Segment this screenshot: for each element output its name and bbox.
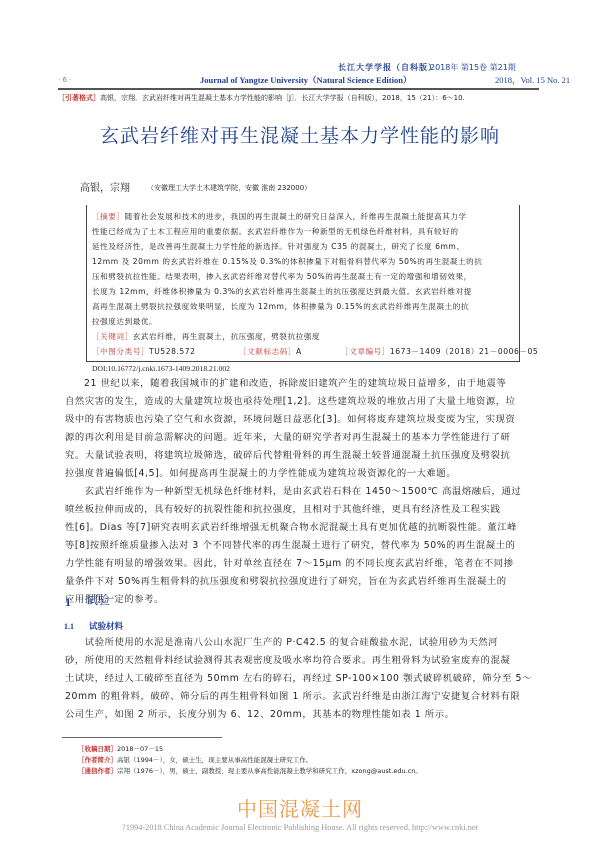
citation-text: 高银，宗翔．玄武岩纤维对再生混凝土基本力学性能的影响［J］．长江大学学报（自科版… bbox=[100, 94, 465, 102]
body-line: 量条件下对 50%再生粗骨料的抗压强度和劈裂抗拉强度进行了研究，旨在为玄武岩纤维… bbox=[65, 573, 507, 587]
affiliation: （安徽理工大学土木建筑学院，安徽 淮南 232000） bbox=[147, 183, 311, 193]
body-line: 拉强度普遍偏低[4,5]。如何提高再生混凝土的力学性能成为建筑垃圾资源化的一大难… bbox=[65, 465, 456, 479]
abstract-line: ［摘要］随着社会发展和技术的进步，我国的再生混凝土的研究日益深入，纤维再生混凝土… bbox=[92, 211, 467, 222]
citation-format: ［引著格式］高银，宗翔．玄武岩纤维对再生混凝土基本力学性能的影响［J］．长江大学… bbox=[58, 93, 465, 103]
abstract-line: 12mm 及 20mm 的玄武岩纤维在 0.15%及 0.3%的体积掺量下对粗骨… bbox=[92, 256, 482, 267]
doc-code-value: A bbox=[296, 347, 341, 356]
article-no-value: 1673－1409（2018）21－0006－05 bbox=[390, 347, 538, 356]
abstract-line: 高再生混凝土劈裂抗拉强度效果明显，长度为 12mm，体积掺量为 0.15%的玄武… bbox=[92, 301, 469, 312]
citation-label: ［引著格式］ bbox=[58, 94, 100, 102]
abstract-line: 压和劈裂抗拉性能。结果表明，掺入玄武岩纤维对替代率为 50%的再生混凝土有一定的… bbox=[92, 271, 472, 282]
body-line: 究。大量试验表明，将建筑垃圾筛选，破碎后代替粗骨料的再生混凝土较普通混凝土抗压强… bbox=[65, 447, 510, 461]
body-line: 源的再次利用是目前急需解决的问题。近年来，大量的研究学者对再生混凝土的基本力学性… bbox=[65, 429, 510, 443]
header-divider bbox=[58, 88, 539, 90]
keywords-label: ［关键词］ bbox=[92, 332, 133, 341]
body-line: 性[6]。Dias 等[7]研究表明玄武岩纤维增强无机聚合物水泥混凝土具有更加优… bbox=[65, 519, 517, 533]
doi: DOI:10.16772/j.cnki.1673-1409.2018.21.00… bbox=[92, 364, 230, 373]
watermark-logo: 中国混凝土网 bbox=[0, 793, 600, 822]
abstract-line: 延性及经济性，是改善再生混凝土力学性能的新选择。针对强度为 C35 的混凝土，研… bbox=[92, 241, 465, 252]
received-date: ［收稿日期］2018－07－15 bbox=[78, 744, 163, 753]
body-line: 20mm 的粗骨料，破碎、筛分后的再生粗骨料如图 1 所示。玄武岩纤维是由浙江海… bbox=[65, 688, 520, 702]
keywords: ［关键词］玄武岩纤维，再生混凝土，抗压强度，劈裂抗拉强度 bbox=[92, 331, 320, 342]
journal-name-en: Journal of Yangtze University（Natural Sc… bbox=[200, 74, 411, 86]
abstract-label: ［摘要］ bbox=[92, 212, 125, 221]
page-number: · 6 · bbox=[58, 76, 71, 84]
body-line: 力学性能有明显的增强效果。因此，针对单丝直径在 7～15μm 的不同长度玄武岩纤… bbox=[65, 555, 514, 569]
abstract-line: 拉强度达到最优。 bbox=[92, 316, 157, 327]
body-line: 喷丝板拉伸而成的，具有较好的抗裂性能和抗拉强度，且相对于其他纤维，更具有经济性及… bbox=[65, 501, 500, 515]
paper-title: 玄武岩纤维对再生混凝土基本力学性能的影响 bbox=[0, 121, 600, 148]
body-line: 等[8]按照纤维质量掺入法对 3 个不同替代率的再生混凝土进行了研究，替代率为 … bbox=[65, 537, 516, 551]
body-line: 试验所使用的水泥是淮南八公山水泥厂生产的 P·C42.5 的复合硅酸盐水泥，试验… bbox=[65, 634, 498, 648]
issue-info-en: 2018，Vol. 15 No. 21 bbox=[495, 74, 570, 86]
author-bio: ［作者简介］高银（1994－），女，硕士生，现主要从事高性能混凝土研究工作。 bbox=[78, 755, 312, 764]
body-line: 公司生产，如图 2 所示，长度分别为 6、12、20mm，其基本的物理性能如表 … bbox=[65, 706, 455, 720]
authors: 高银，宗翔 bbox=[80, 179, 130, 194]
body-line: 土试块，经过人工破碎至直径为 50mm 左右的碎石，再经过 SP-100×100… bbox=[65, 670, 532, 684]
classification-row: ［中图分类号］TU528.572［文献标志码］A［文章编号］1673－1409（… bbox=[92, 346, 538, 357]
section-heading: 试验 bbox=[86, 591, 110, 608]
abstract-line: 长度为 12mm，纤维体积掺量为 0.3%的玄武岩纤维再生混凝土的抗压强度达到最… bbox=[92, 286, 472, 297]
journal-name-cn: 长江大学学报（自科版） bbox=[338, 62, 437, 73]
section-number: 1 bbox=[65, 595, 71, 610]
corresponding-author: ［通信作者］宗翔（1976－），男，硕士，副教授，现主要从事高性能混凝土教学和研… bbox=[78, 766, 422, 775]
clc-value: TU528.572 bbox=[149, 347, 239, 356]
doc-code-label: ［文献标志码］ bbox=[239, 347, 296, 356]
footnote-divider bbox=[62, 737, 222, 738]
subsection-heading: 试验材料 bbox=[89, 620, 123, 632]
copyright-notice: ?1994-2018 China Academic Journal Electr… bbox=[0, 823, 600, 832]
issue-info-cn: 2018年 第15卷 第21期 bbox=[430, 62, 516, 73]
clc-label: ［中图分类号］ bbox=[92, 347, 149, 356]
body-line: 圾中的有害物质也污染了空气和水资源，环境问题日益恶化[3]。如何将废弃建筑垃圾变… bbox=[65, 411, 515, 425]
body-line: 应用提供一定的参考。 bbox=[65, 591, 164, 605]
abstract-line: 性能已经成为了土木工程应用的重要依据。玄武岩纤维作为一种新型的无机绿色纤维材料，… bbox=[92, 226, 458, 237]
body-line: 自然灾害的发生，造成的大量建筑垃圾也亟待处理[1,2]。这些建筑垃圾的堆放占用了… bbox=[65, 393, 516, 407]
subsection-number: 1.1 bbox=[64, 622, 74, 631]
body-line: 玄武岩纤维作为一种新型无机绿色纤维材料，是由玄武岩石料在 1450～1500℃ … bbox=[65, 483, 521, 497]
body-line: 砂，所使用的天然粗骨料经试验测得其表观密度及吸水率均符合要求。再生粗骨料为试验室… bbox=[65, 652, 510, 666]
article-no-label: ［文章编号］ bbox=[341, 347, 390, 356]
body-line: 21 世纪以来，随着我国城市的扩建和改造，拆除废旧建筑产生的建筑垃圾日益增多，由… bbox=[84, 375, 506, 389]
